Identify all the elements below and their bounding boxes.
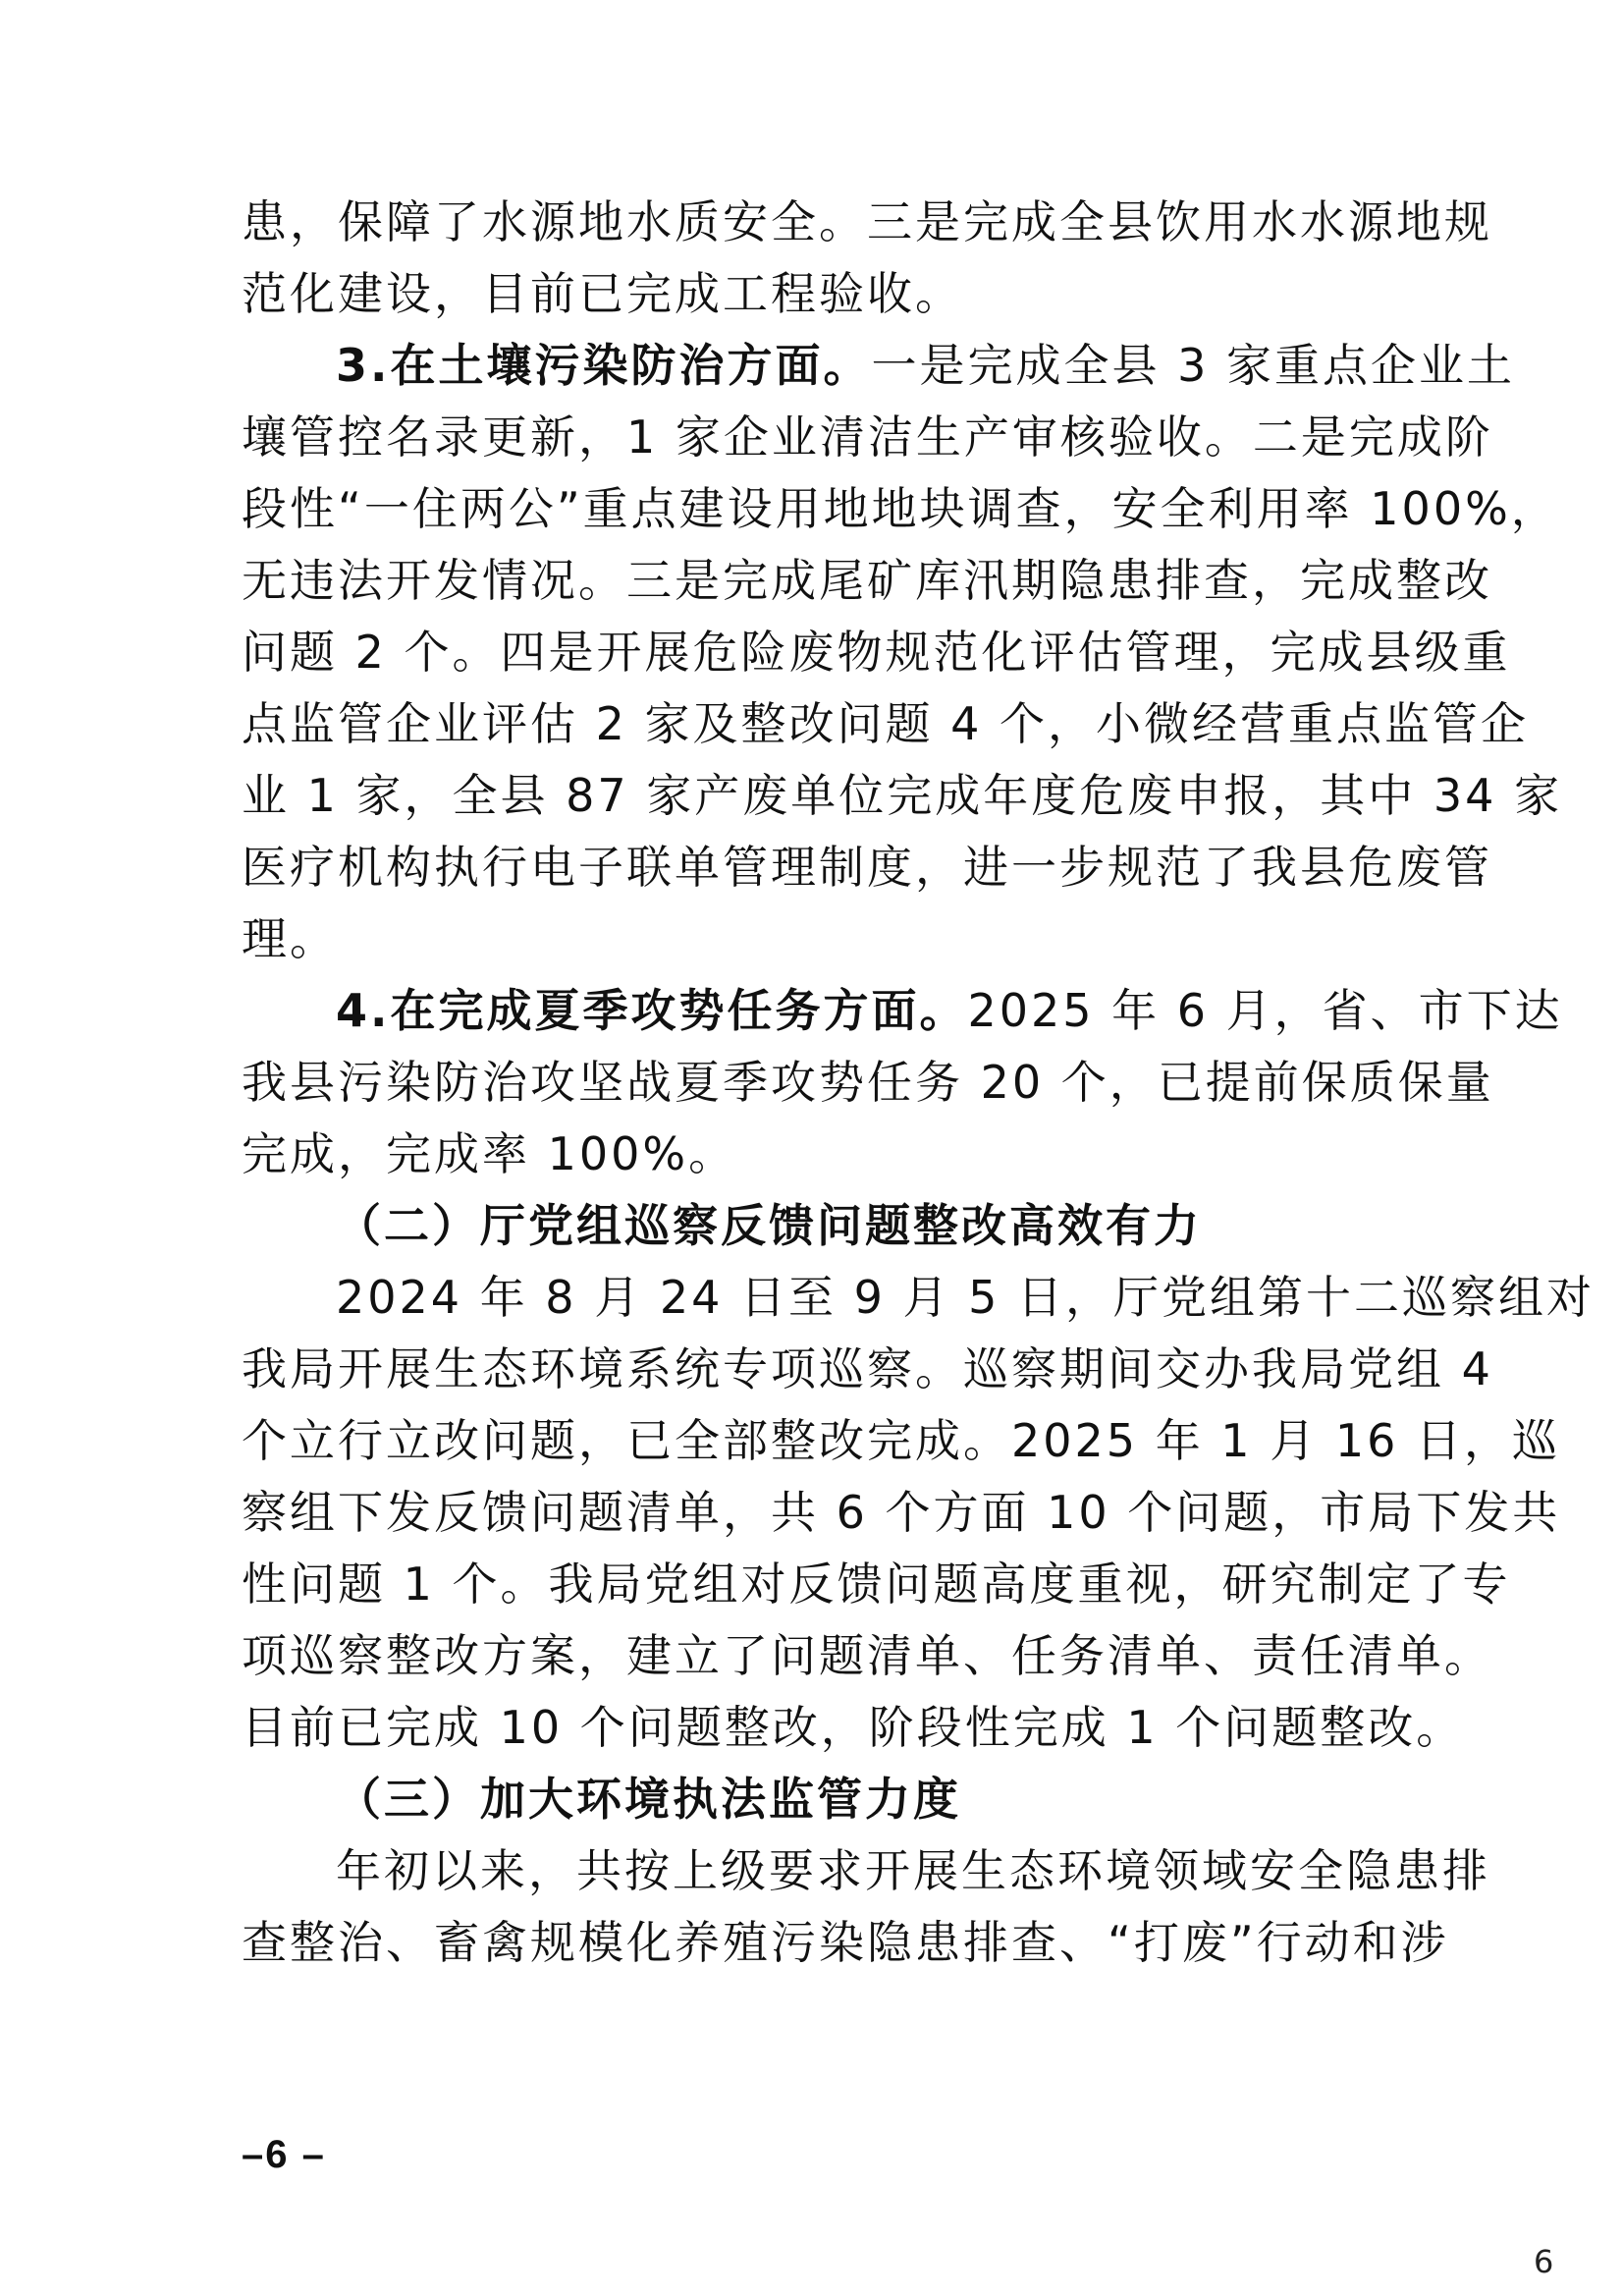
body-line: 壤管控名录更新，1 家企业清洁生产审核验收。二是完成阶	[242, 402, 1395, 473]
body-line: 医疗机构执行电子联单管理制度，进一步规范了我县危废管	[242, 832, 1395, 903]
section-heading: （三）加大环境执法监管力度	[242, 1764, 1395, 1835]
body-line: 目前已完成 10 个问题整改，阶段性完成 1 个问题整改。	[242, 1692, 1395, 1764]
paragraph-start: 年初以来，共按上级要求开展生态环境领域安全隐患排	[242, 1835, 1395, 1907]
body-line: 我县污染防治攻坚战夏季攻势任务 20 个，已提前保质保量	[242, 1047, 1395, 1119]
body-text: 一是完成全县 3 家重点企业土	[871, 339, 1515, 392]
document-body: 患，保障了水源地水质安全。三是完成全县饮用水水源地规 范化建设，目前已完成工程验…	[242, 187, 1395, 1979]
paragraph-start: 2024 年 8 月 24 日至 9 月 5 日，厅党组第十二巡察组对	[242, 1262, 1395, 1334]
body-text: 2025 年 6 月，省、市下达	[967, 984, 1562, 1037]
body-line: 察组下发反馈问题清单，共 6 个方面 10 个问题，市局下发共	[242, 1477, 1395, 1549]
body-line: 完成，完成率 100%。	[242, 1119, 1395, 1190]
body-line: 项巡察整改方案，建立了问题清单、任务清单、责任清单。	[242, 1620, 1395, 1692]
body-line: 段性“一住两公”重点建设用地地块调查，安全利用率 100%，	[242, 473, 1395, 545]
subsection-heading: 3.在土壤污染防治方面。	[336, 339, 871, 392]
body-line: 理。	[242, 903, 1395, 975]
subsection-heading: 4.在完成夏季攻势任务方面。	[336, 984, 967, 1037]
body-line: 我局开展生态环境系统专项巡察。巡察期间交办我局党组 4	[242, 1334, 1395, 1405]
subsection-paragraph-start: 3.在土壤污染防治方面。一是完成全县 3 家重点企业土	[242, 330, 1395, 402]
page-number: –6 –	[242, 2133, 326, 2177]
body-line: 业 1 家，全县 87 家产废单位完成年度危废申报，其中 34 家	[242, 760, 1395, 832]
body-line: 无违法开发情况。三是完成尾矿库汛期隐患排查，完成整改	[242, 545, 1395, 617]
body-line: 范化建设，目前已完成工程验收。	[242, 258, 1395, 330]
body-line: 患，保障了水源地水质安全。三是完成全县饮用水水源地规	[242, 187, 1395, 258]
subsection-paragraph-start: 4.在完成夏季攻势任务方面。2025 年 6 月，省、市下达	[242, 975, 1395, 1047]
section-heading: （二）厅党组巡察反馈问题整改高效有力	[242, 1190, 1395, 1262]
body-line: 问题 2 个。四是开展危险废物规范化评估管理，完成县级重	[242, 617, 1395, 688]
body-line: 个立行立改问题，已全部整改完成。2025 年 1 月 16 日，巡	[242, 1405, 1395, 1477]
body-line: 点监管企业评估 2 家及整改问题 4 个，小微经营重点监管企	[242, 688, 1395, 760]
body-line: 性问题 1 个。我局党组对反馈问题高度重视，研究制定了专	[242, 1549, 1395, 1620]
corner-page-number: 6	[1534, 2243, 1553, 2280]
body-line: 查整治、畜禽规模化养殖污染隐患排查、“打废”行动和涉	[242, 1907, 1395, 1979]
